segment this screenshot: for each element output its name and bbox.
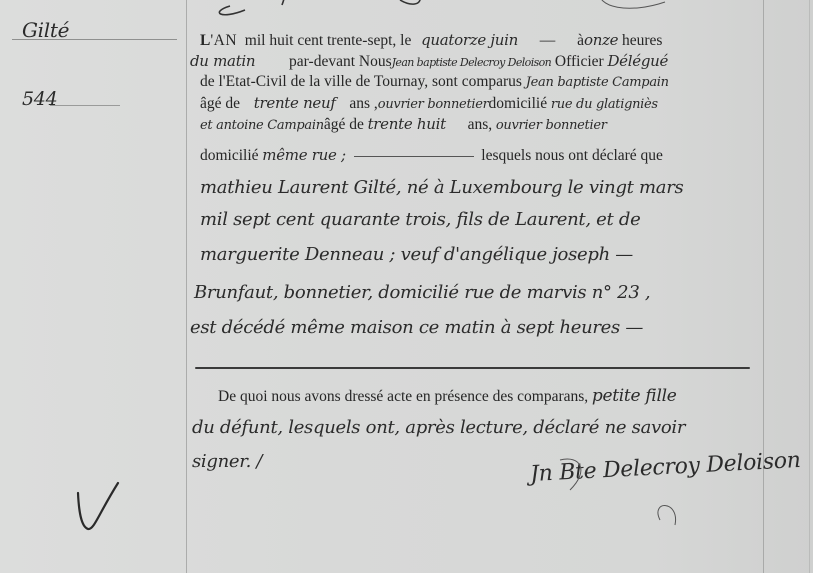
printed-text: âgé de [200,95,240,112]
printed-text: domicilié [200,147,259,164]
record-line-3: de l'Etat-Civil de la ville de Tournay, … [200,72,669,93]
closing-line-1: De quoi nous avons dressé acte en présen… [218,386,676,407]
handwritten-declarant-1: Jean baptiste Campain [526,75,669,90]
body-line-4: Brunfaut, bonnetier, domicilié rue de ma… [194,283,650,304]
fill-rule [354,156,474,157]
handwritten-body: mil sept cent quarante trois, fils de La… [200,209,640,230]
margin-divider [12,39,177,40]
handwritten-declarant-2-domicile: même rue ; [262,146,346,164]
record-number: 544 [22,88,57,110]
handwritten-declarant-2-age: trente huit [368,115,446,133]
margin-rule-right-1 [763,0,764,573]
handwritten-body: Brunfaut, bonnetier, domicilié rue de ma… [194,282,650,303]
printed-text: L [200,32,210,49]
printed-text: âgé de [324,116,364,133]
body-line-5: est décédé même maison ce matin à sept h… [190,318,643,339]
handwritten-date: quatorze juin [421,31,518,49]
handwritten-closing: du défunt, lesquels ont, après lecture, … [192,417,685,438]
handwritten-time-of-day: du matin [190,52,255,70]
printed-text: de l'Etat-Civil de la ville de Tournay, … [200,73,522,90]
handwritten-body: marguerite Denneau ; veuf d'angélique jo… [200,244,633,265]
handwritten-body: est décédé même maison ce matin à sept h… [190,317,643,338]
closing-line-3: signer. / [192,452,262,473]
printed-officer: Officier [555,53,604,70]
closing-rule [195,367,750,369]
record-line-6: domicilié même rue ; lesquels nous ont d… [200,145,663,166]
signature-flourish [540,450,720,530]
closing-line-2: du défunt, lesquels ont, après lecture, … [192,418,685,439]
printed-text: ans , [349,95,377,112]
handwritten-declarant-1-age: trente neuf [254,94,336,112]
handwritten-body: mathieu Laurent Gilté, né à Luxembourg l… [200,177,683,198]
margin-number-rule [50,105,120,106]
printed-text: lesquels nous ont déclaré que [481,147,663,164]
printed-text: — [540,32,559,49]
handwritten-officer-name: Jean baptiste Delecroy Deloison [392,56,552,69]
body-line-2: mil sept cent quarante trois, fils de La… [200,210,640,231]
handwritten-closing: signer. / [192,451,262,472]
record-line-1: L'AN mil huit cent trente-sept, le quato… [200,30,662,51]
handwritten-declarant-2: et antoine Campain [200,118,324,133]
margin-rule-right-2 [809,0,810,573]
body-line-3: marguerite Denneau ; veuf d'angélique jo… [200,245,633,266]
printed-closing: De quoi nous avons dressé acte en présen… [218,388,588,405]
handwritten-declarant-1-occupation: ouvrier bonnetier [378,97,489,112]
handwritten-declarant-2-occupation: ouvrier bonnetier [496,118,607,133]
printed-text: 'AN [210,32,237,49]
printed-hour-suffix: heures [622,32,662,49]
printed-text: ans, [468,116,493,133]
margin-rule-left [186,0,187,573]
document-page: Gilté 544 L'AN mil huit cent trente-sept… [0,0,813,573]
handwritten-officer-title: Délégué [607,52,668,70]
record-line-5: et antoine Campainâgé de trente huit ans… [200,114,607,136]
printed-text: domicilié [489,95,548,112]
printed-text: mil huit cent trente-sept, le [245,32,412,49]
handwritten-closing: petite fille [592,386,677,406]
printed-hour-prefix: à [577,32,584,49]
printed-before-officer: par-devant Nous [289,53,392,70]
body-line-1: mathieu Laurent Gilté, né à Luxembourg l… [200,178,683,199]
checkmark-icon [70,475,130,545]
handwritten-declarant-1-domicile: rue du glatigniès [551,97,658,112]
handwritten-hour: onze [584,31,618,49]
record-line-2: du matin par-devant NousJean baptiste De… [190,51,668,73]
header-flourish [200,0,680,20]
record-line-4: âgé de trente neuf ans ,ouvrier bonnetie… [200,93,658,115]
